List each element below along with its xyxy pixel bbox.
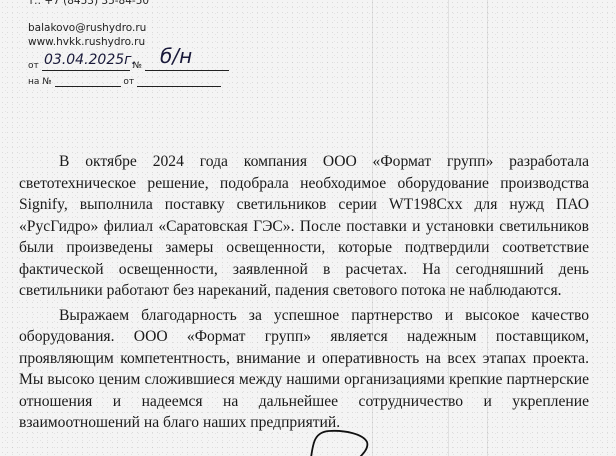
to-from-label: от	[123, 77, 134, 87]
signature-mark	[305, 428, 375, 456]
handwritten-date: 03.04.2025г.	[44, 52, 136, 68]
letterhead-contacts: т.: +7 (8453) 35-84-50 balakovo@rushydro…	[28, 0, 149, 49]
email-address: balakovo@rushydro.ru	[28, 21, 149, 35]
to-date-field-line	[137, 76, 221, 87]
paragraph-2: Выражаем благодарность за успешное партн…	[19, 305, 589, 434]
to-number-label: на №	[28, 77, 52, 87]
phone-number: т.: +7 (8453) 35-84-50	[28, 0, 149, 8]
to-number-field-line	[55, 76, 121, 87]
from-label: от	[28, 61, 39, 71]
paragraph-1: В октябре 2024 года компания ООО «Формат…	[19, 151, 589, 302]
incoming-reference-line: на № от	[28, 76, 221, 87]
letter-body: В октябре 2024 года компания ООО «Формат…	[19, 151, 589, 434]
handwritten-number: б/н	[160, 44, 192, 68]
website-address: www.hvkk.rushydro.ru	[28, 35, 149, 49]
